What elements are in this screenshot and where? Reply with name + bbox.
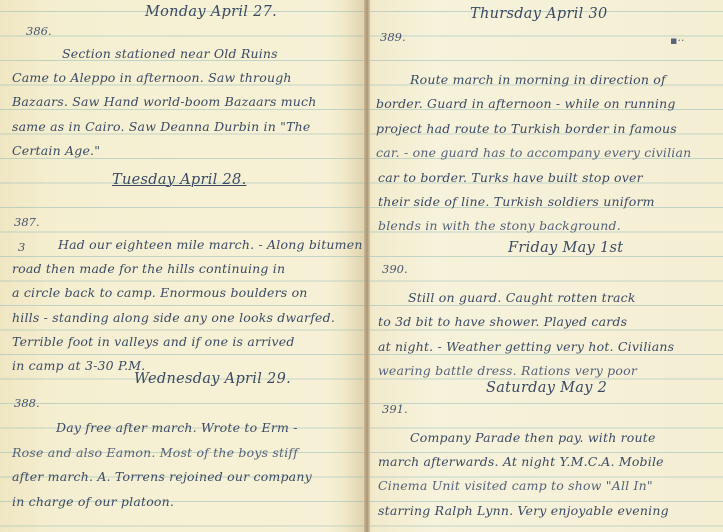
entry-line: Certain Age." <box>12 143 100 158</box>
entry-line: Had our eighteen mile march. - Along bit… <box>58 237 363 252</box>
ink-mark: ▪·· <box>670 34 684 47</box>
entry-line: in charge of our platoon. <box>12 494 174 509</box>
entry-line: in camp at 3-30 P.M. <box>12 358 145 373</box>
entry-line: Bazaars. Saw Hand world-boom Bazaars muc… <box>12 94 316 109</box>
entry-line: car to border. Turks have built stop ove… <box>378 170 643 185</box>
entry-line: starring Ralph Lynn. Very enjoyable even… <box>378 503 669 518</box>
entry-line: hills - standing along side any one look… <box>12 310 335 325</box>
margin-note: 3 <box>18 240 25 254</box>
entry-line: Rose and also Eamon. Most of the boys st… <box>12 445 298 460</box>
entry-line: at night. - Weather getting very hot. Ci… <box>378 339 674 354</box>
entry-line: Came to Aleppo in afternoon. Saw through <box>12 70 292 85</box>
entry-number: 390. <box>382 262 408 276</box>
right-page: Thursday April 30 389. ▪·· Route march i… <box>372 0 723 532</box>
entry-line: road then made for the hills continuing … <box>12 261 285 276</box>
entry-line: wearing battle dress. Rations very poor <box>378 363 637 378</box>
entry-line: to 3d bit to have shower. Played cards <box>378 314 627 329</box>
entry-line: march afterwards. At night Y.M.C.A. Mobi… <box>378 454 664 469</box>
diary-spread: Monday April 27. 386. Section stationed … <box>0 0 723 532</box>
entry-heading: Monday April 27. <box>145 4 277 20</box>
entry-heading: Thursday April 30 <box>470 6 608 22</box>
entry-line: Day free after march. Wrote to Erm - <box>56 420 298 435</box>
entry-line: Still on guard. Caught rotten track <box>408 290 636 305</box>
entry-line: same as in Cairo. Saw Deanna Durbin in "… <box>12 119 311 134</box>
entry-number: 388. <box>14 396 40 410</box>
entry-line: their side of line. Turkish soldiers uni… <box>378 194 655 209</box>
entry-line: car. - one guard has to accompany every … <box>376 145 691 160</box>
entry-line: Route march in morning in direction of <box>410 72 666 87</box>
entry-line: a circle back to camp. Enormous boulders… <box>12 285 308 300</box>
entry-line: Cinema Unit visited camp to show "All In… <box>378 478 653 493</box>
entry-line: Section stationed near Old Ruins <box>62 46 278 61</box>
entry-line: Company Parade then pay. with route <box>410 430 656 445</box>
entry-number: 391. <box>382 402 408 416</box>
entry-line: after march. A. Torrens rejoined our com… <box>12 469 312 484</box>
entry-heading: Friday May 1st <box>508 240 623 256</box>
entry-line: blends in with the stony background. <box>378 218 621 233</box>
entry-number: 386. <box>26 24 52 38</box>
entry-line: Terrible foot in valleys and if one is a… <box>12 334 295 349</box>
entry-heading: Wednesday April 29. <box>134 371 291 387</box>
entry-heading: Tuesday April 28. <box>112 172 247 188</box>
entry-number: 389. <box>380 30 406 44</box>
left-page: Monday April 27. 386. Section stationed … <box>0 0 362 532</box>
book-gutter <box>364 0 370 532</box>
entry-line: project had route to Turkish border in f… <box>376 121 677 136</box>
entry-line: border. Guard in afternoon - while on ru… <box>376 96 676 111</box>
entry-number: 387. <box>14 215 40 229</box>
entry-heading: Saturday May 2 <box>486 380 607 396</box>
